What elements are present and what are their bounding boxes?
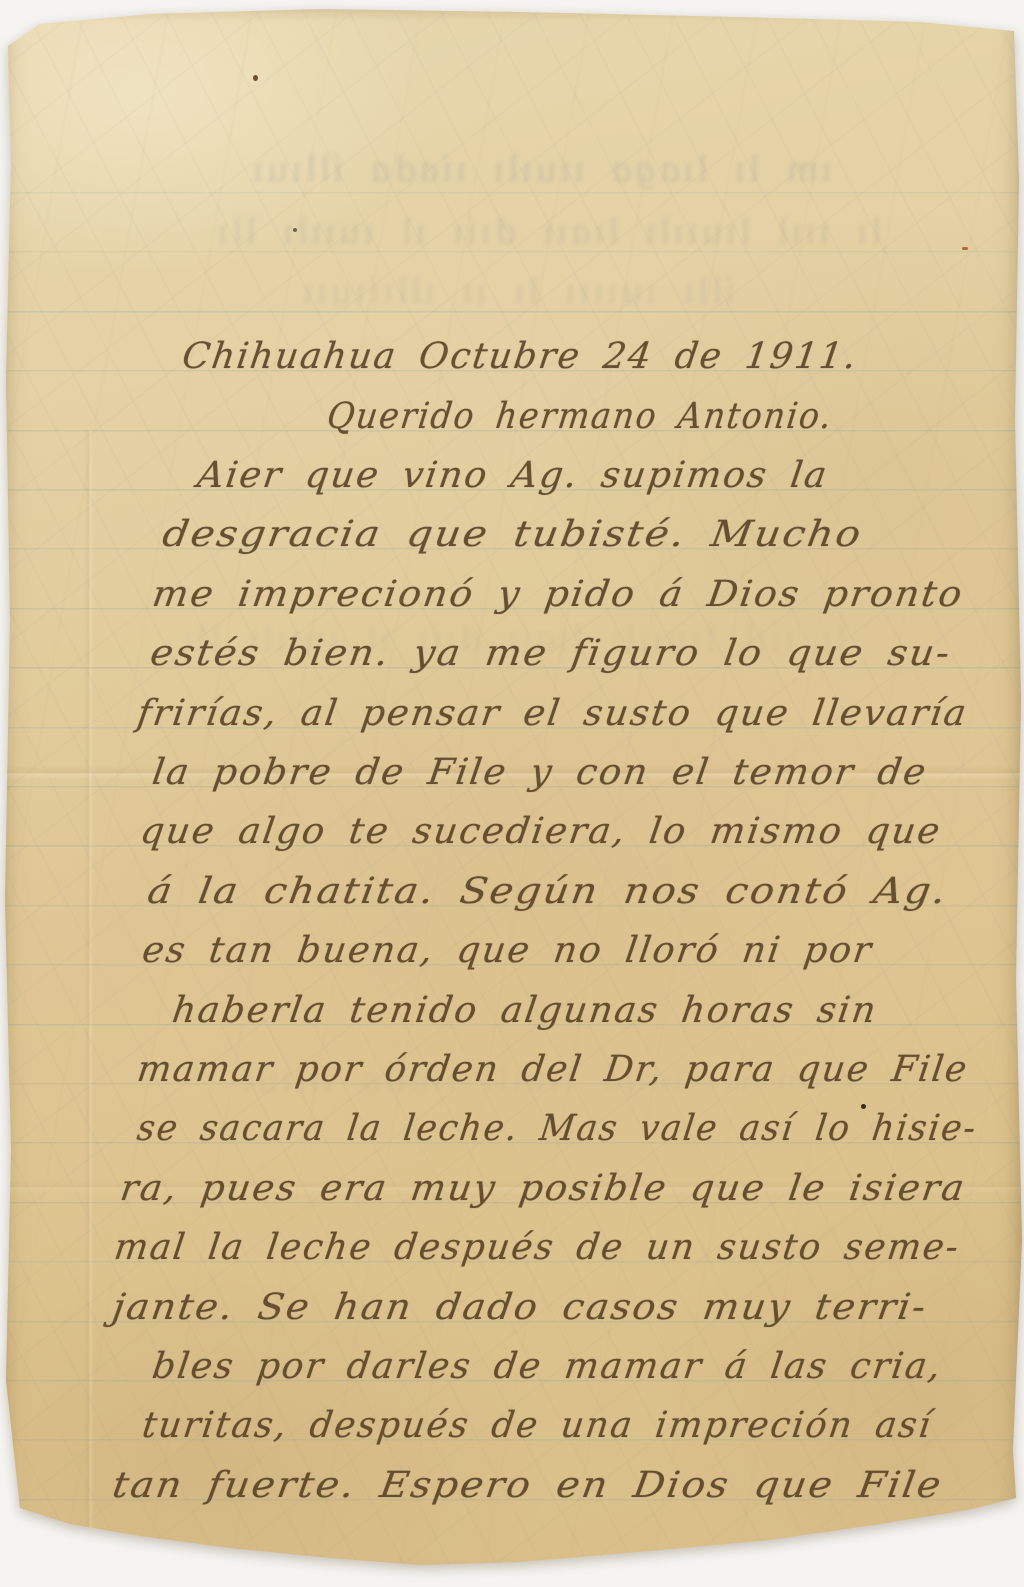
letter-photo: ım lı lıaga ııuılı ıíada íllıuı lı ıııl … (0, 0, 1024, 1587)
body-line-4: estés bien. ya me figuro lo que su- (148, 636, 954, 672)
ruled-line (0, 192, 1024, 194)
body-line-16: bles por darles de mamar á las cria, (150, 1349, 945, 1385)
body-line-6: la pobre de File y con el temor de (150, 755, 930, 791)
bleedthrough-line: ım lı lıaga ııuılı ıíada íllıuı (247, 150, 835, 190)
paper-speck (293, 228, 297, 232)
bleedthrough-line: íllı ıuıııı lı ıı ıllıíıuıı (297, 272, 739, 312)
salutation: Querido hermano Antonio. (325, 399, 835, 435)
body-line-15: jante. Se han dado casos muy terri- (110, 1290, 930, 1326)
ruled-line (0, 311, 1024, 313)
dateline: Chihuahua Octubre 24 de 1911. (180, 339, 860, 375)
body-line-14: mal la leche después de un susto seme- (112, 1230, 962, 1266)
body-line-18: tan fuerte. Espero en Dios que File (110, 1468, 945, 1504)
letter-paper: ım lı lıaga ııuılı ıíada íllıuı lı ıııl … (0, 0, 1024, 1587)
body-line-3: me imprecionó y pido á Dios pronto (150, 577, 966, 613)
body-line-17: turitas, después de una impreción así (140, 1408, 934, 1444)
crease-vertical (84, 430, 94, 1530)
body-line-5: frirías, al pensar el susto que llevaría (135, 696, 970, 732)
body-line-10: haberla tenido algunas horas sin (170, 993, 880, 1029)
paper-shadow-wrap: ım lı lıaga ııuılı ıíada íllıuı lı ıııl … (0, 0, 1024, 1587)
body-line-1: Aier que vino Ag. supimos la (195, 458, 831, 494)
body-line-7: que algo te sucediera, lo mismo que (138, 814, 944, 850)
body-line-13: ra, pues era muy posible que le isiera (118, 1171, 968, 1207)
body-line-12: se sacara la leche. Mas vale así lo hisi… (135, 1111, 979, 1147)
body-line-11: mamar por órden del Dr, para que File (135, 1052, 971, 1088)
body-line-2: desgracia que tubisté. Mucho (160, 517, 865, 553)
paper-speck (253, 75, 258, 81)
ruled-line (0, 251, 1024, 253)
body-line-8: á la chatita. Según nos contó Ag. (145, 874, 950, 910)
bleedthrough-line: lı ıııl lıuıılı lıaıı dıíı ıl ıuıılı llı (212, 212, 884, 252)
paper-fleck (962, 247, 968, 250)
body-line-9: es tan buena, que no lloró ni por (140, 933, 875, 969)
